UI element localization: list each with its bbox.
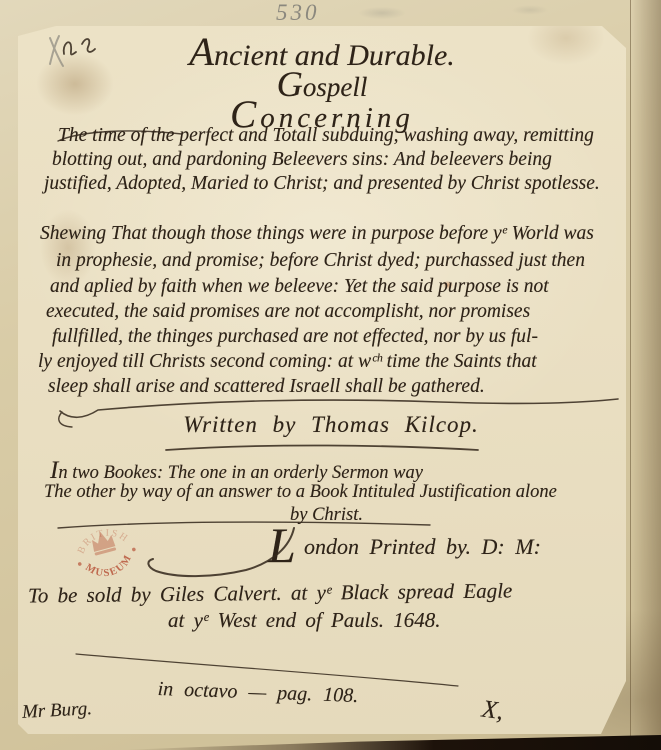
subtitle-line-2: blotting out, and pardoning Beleevers si… [52,150,552,170]
argument-line-5: fullfilled, the thinges purchased are no… [52,327,538,347]
author-byline: Written by Thomas Kilcop. [18,413,626,436]
contents-line-2: The other by way of an answer to a Book … [44,483,557,502]
annotation-bottom-left: Mr Burg. [22,699,93,722]
album-page-edge [630,0,661,750]
subtitle-line-1: The time of the perfect and Totall subdu… [58,126,594,146]
subtitle-line-3: justified, Adopted, Maried to Christ; an… [44,174,600,194]
argument-line-4: executed, the said promises are not acco… [46,302,530,322]
format-note: in octavo — pag. 108. [157,679,358,706]
contents-line-3: by Christ. [290,506,363,525]
folio-number-pencil: 530 [276,0,320,25]
contents-line-1: In two Bookes: The one in an orderly Ser… [50,459,423,484]
imprint-initial: L [268,520,296,570]
argument-line-2: in prophesie, and promise; before Christ… [56,251,585,271]
argument-line-6: ly enjoyed till Christs second coming: a… [38,352,537,372]
annotation-bottom-right-mark: X, [480,697,505,725]
manuscript-title-page: Ancient and Durable. Gospell Concerning … [18,26,626,734]
imprint-line: ondon Printed by. D: M: [304,536,541,558]
svg-text:MUSEUM: MUSEUM [81,550,138,585]
argument-line-3: and aplied by faith when we beleeve: Yet… [50,277,549,297]
bookseller-line-2: at yᵉ West end of Pauls. 1648. [168,610,441,631]
british-museum-stamp: BRITISH MUSEUM [68,513,142,587]
manuscript-scan: 530 Ancient and Durable. Gospell Concern… [0,0,661,750]
argument-line-1: Shewing That though those things were in… [40,224,594,244]
argument-line-7: sleep shall arise and scattered Israell … [48,377,485,397]
binding-shadow [120,734,661,750]
stamp-text-bottom: MUSEUM [81,550,138,585]
